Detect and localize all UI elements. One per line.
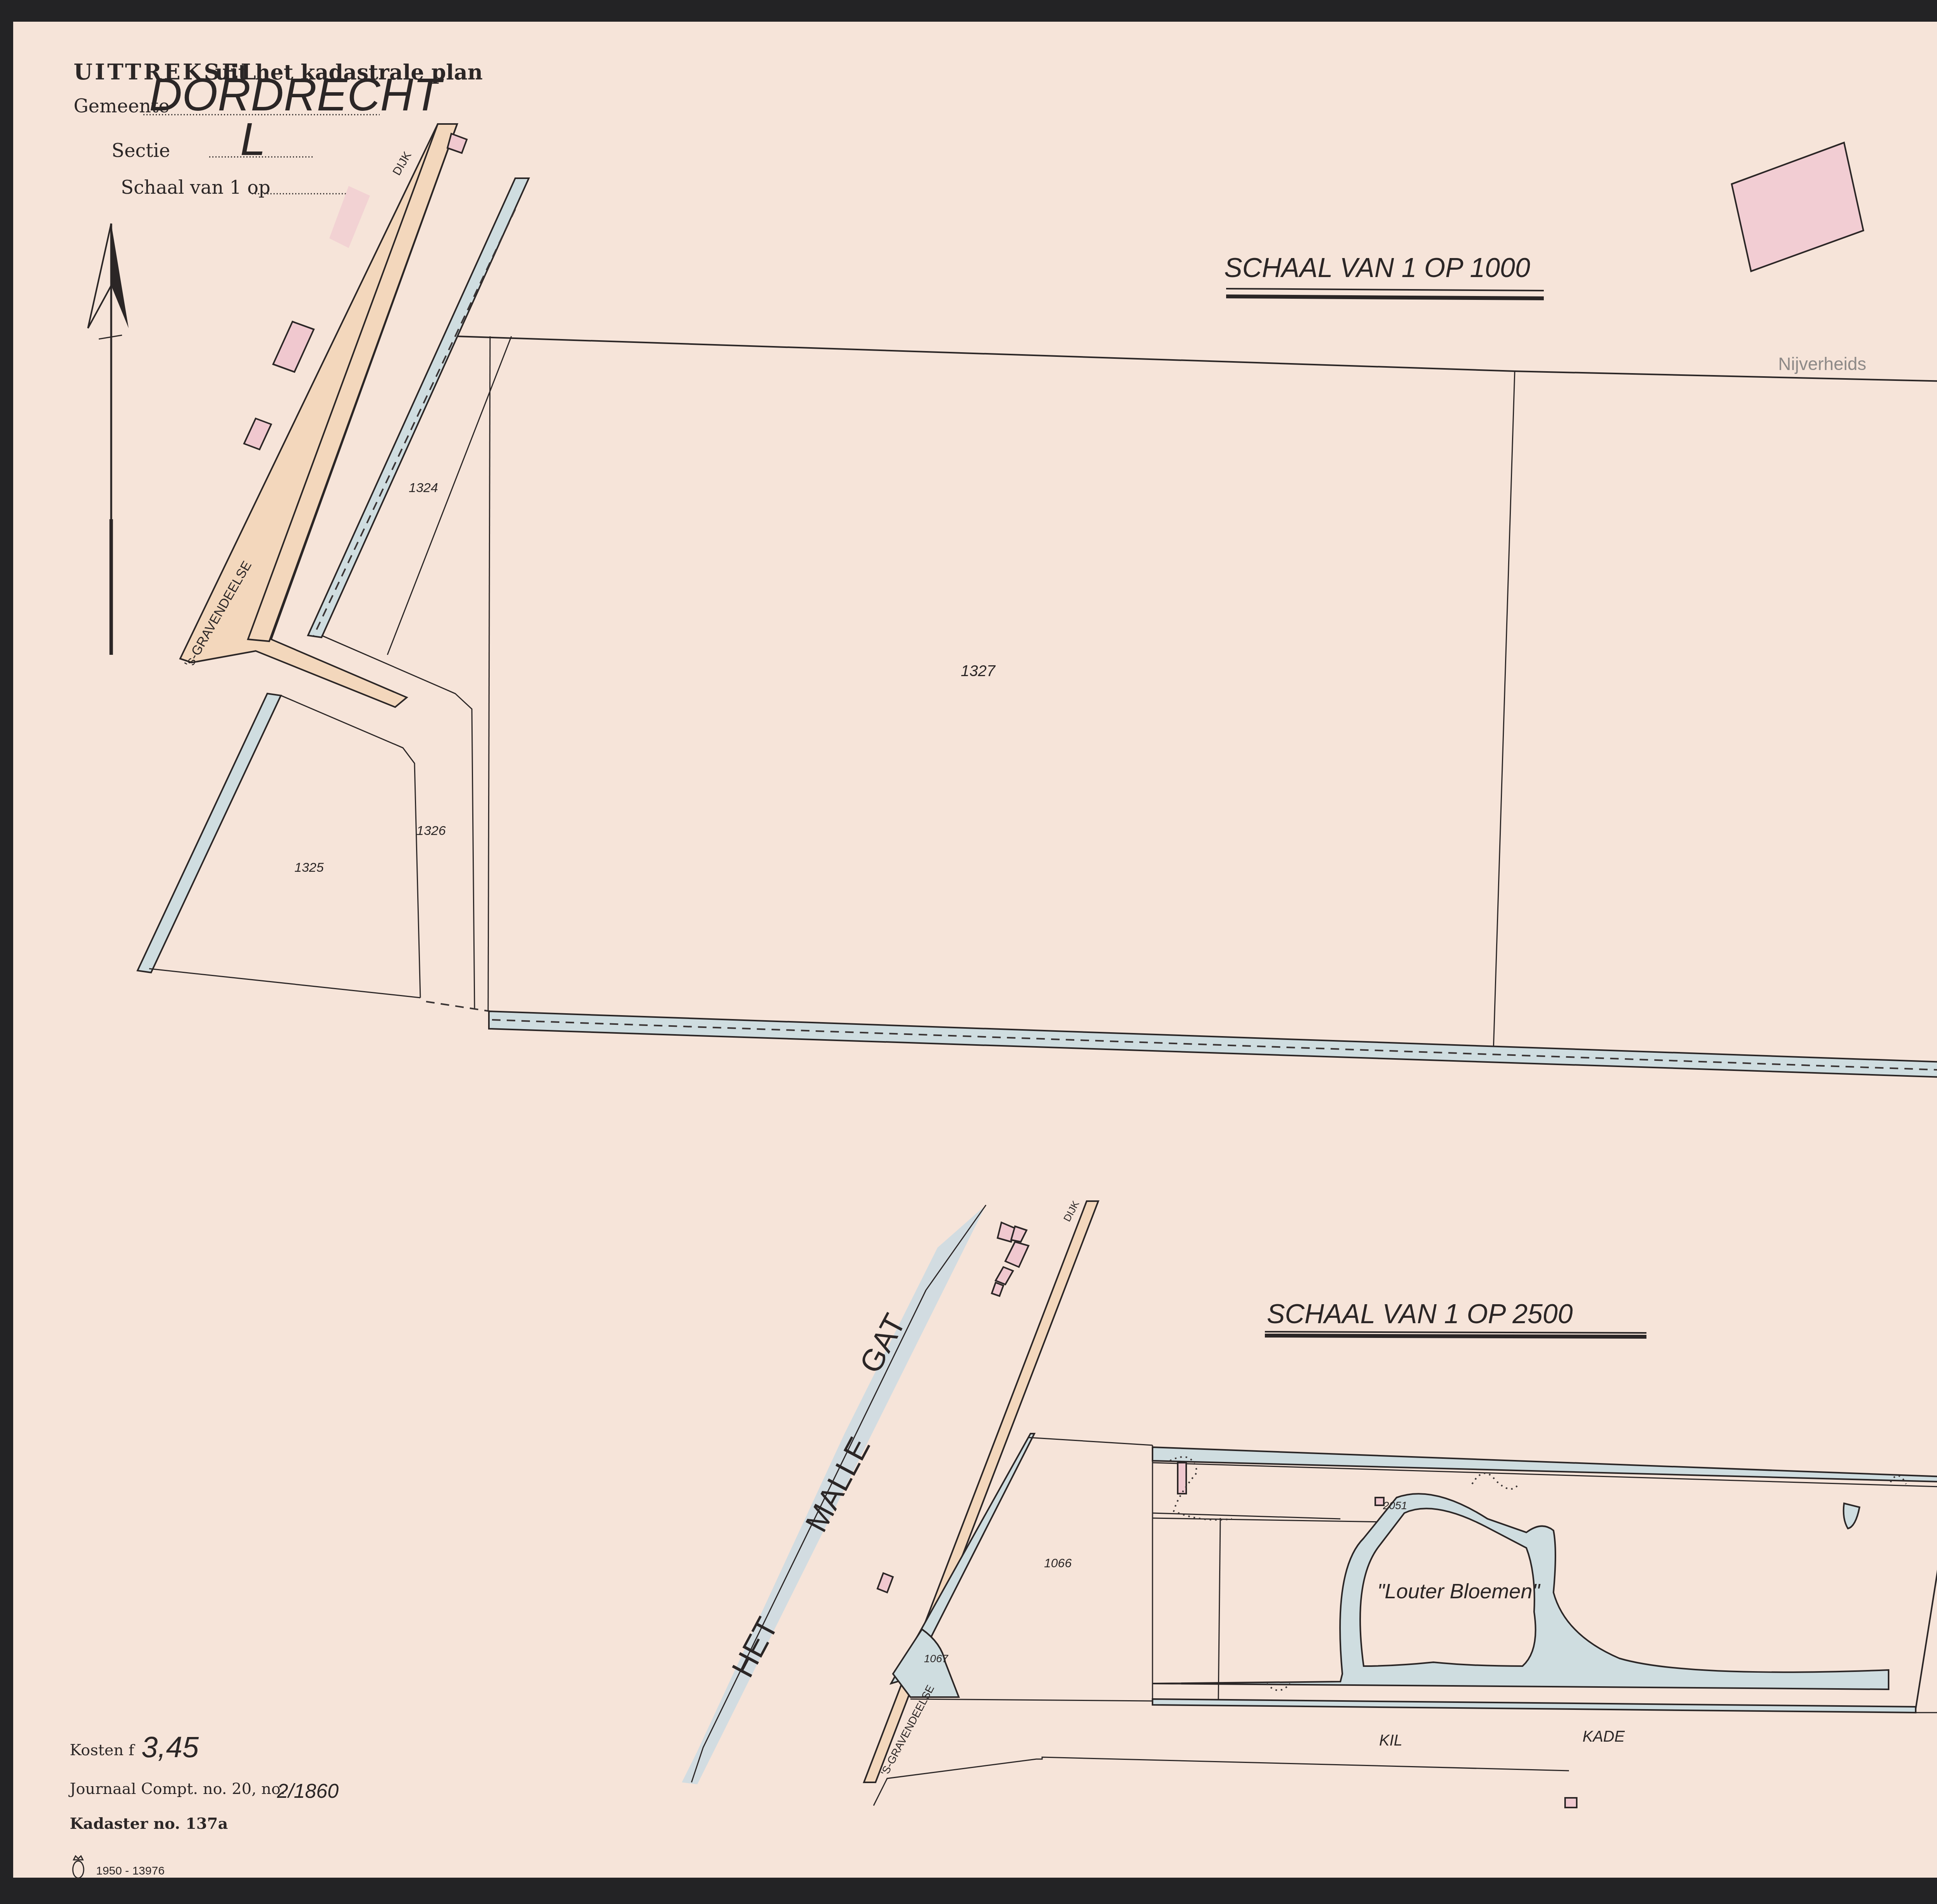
scale-underline-thin (1226, 289, 1544, 291)
nijverheidsstraat-line (457, 336, 1937, 395)
scale-underline-thick (1265, 1336, 1646, 1337)
scale-label-2500: SCHAAL VAN 1 OP 2500 (1267, 1299, 1573, 1329)
boundary-mid-2 (1153, 1518, 1387, 1522)
label-louter-bloemen: "Louter Bloemen" (1377, 1580, 1541, 1603)
scale-underline-thick (1226, 296, 1544, 298)
parcel-1324: 1324 (409, 480, 438, 495)
footer-left: Kosten f 3,45 Journaal Compt. no. 20, no… (68, 1731, 339, 1878)
fence-symbol (1472, 1473, 1519, 1489)
label-dijk-lower: DIJK (1061, 1198, 1082, 1223)
kadaster-number: Kadaster no. 137a (70, 1814, 228, 1833)
sectie-label: Sectie (112, 140, 170, 162)
kosten-value: 3,45 (141, 1731, 199, 1764)
parcel-boundary-1327-left (488, 336, 490, 1011)
journaal-value: 2/1860 (277, 1780, 339, 1802)
cadastral-map: UITTREKSEL uit het kadastrale plan Gemee… (0, 0, 1937, 1904)
building (447, 134, 467, 153)
building (996, 1267, 1013, 1284)
building (992, 1283, 1003, 1296)
estate-right-edge (1916, 1477, 1937, 1709)
parcel-boundary-1327-2040 (1493, 371, 1515, 1050)
printer-code: 1950 - 13976 (96, 1864, 165, 1877)
building (877, 1573, 893, 1592)
parcel-1067: 1067 (924, 1653, 949, 1665)
label-kade: KADE (1583, 1728, 1625, 1745)
building (1005, 1242, 1029, 1267)
ditch-bottom (489, 1011, 1937, 1095)
top-map: SCHAAL VAN 1 OP 1000 DIJK 's-GRAVENDEELS… (138, 85, 1937, 1095)
bottom-map: SCHAAL VAN 1 OP 2500 HET MALLE GAT DIJK … (682, 1198, 1937, 1902)
parcel-boundary-1326 (322, 635, 475, 1009)
dijk-road-lower (864, 1201, 1098, 1782)
scale-underline-thin (1265, 1332, 1646, 1333)
kosten-label: Kosten f (70, 1741, 136, 1759)
building (1178, 1463, 1186, 1494)
ditch-top-lower (1153, 1447, 1937, 1482)
north-arrow-icon (88, 224, 129, 655)
building (1565, 1798, 1577, 1808)
ditch-bottom-lower (1153, 1699, 1916, 1713)
kilkade-right (1916, 1713, 1937, 1902)
parcel-boundary-bottom (149, 969, 420, 998)
small-pond (1844, 1503, 1860, 1529)
building (244, 418, 271, 449)
parcel-1325: 1325 (294, 860, 324, 875)
ditch-lower (138, 694, 281, 973)
journaal-label: Journaal Compt. no. 20, no. (68, 1780, 285, 1798)
parcel-boundary-1324 (387, 336, 511, 655)
parcel-boundary-1325 (281, 695, 420, 998)
building (1375, 1498, 1384, 1505)
building-large (1732, 143, 1863, 271)
label-kil: KIL (1379, 1732, 1402, 1749)
crown-s-emblem-icon (73, 1856, 84, 1878)
dashed-boundary (426, 1002, 490, 1011)
parcel-1066-top (1029, 1437, 1153, 1445)
label-malle: MALLE (798, 1432, 877, 1537)
label-dijk: DIJK (390, 150, 414, 178)
building (329, 186, 370, 248)
label-nijverheids: Nijverheids (1778, 354, 1866, 374)
kilkade-boundary (874, 1757, 1569, 1806)
parcel-1327: 1327 (961, 663, 996, 680)
schaal-label: Schaal van 1 op (121, 177, 270, 198)
parcel-2051: 2051 (1383, 1499, 1407, 1511)
gemeente-value: DORDRECHT (149, 69, 444, 121)
boundary-vertical (1218, 1518, 1220, 1699)
building (273, 322, 314, 372)
parcel-1066-bottom (910, 1699, 1153, 1701)
scale-label-1000: SCHAAL VAN 1 OP 1000 (1224, 253, 1530, 283)
parcel-1326: 1326 (416, 823, 446, 838)
parcel-1066: 1066 (1044, 1556, 1072, 1570)
